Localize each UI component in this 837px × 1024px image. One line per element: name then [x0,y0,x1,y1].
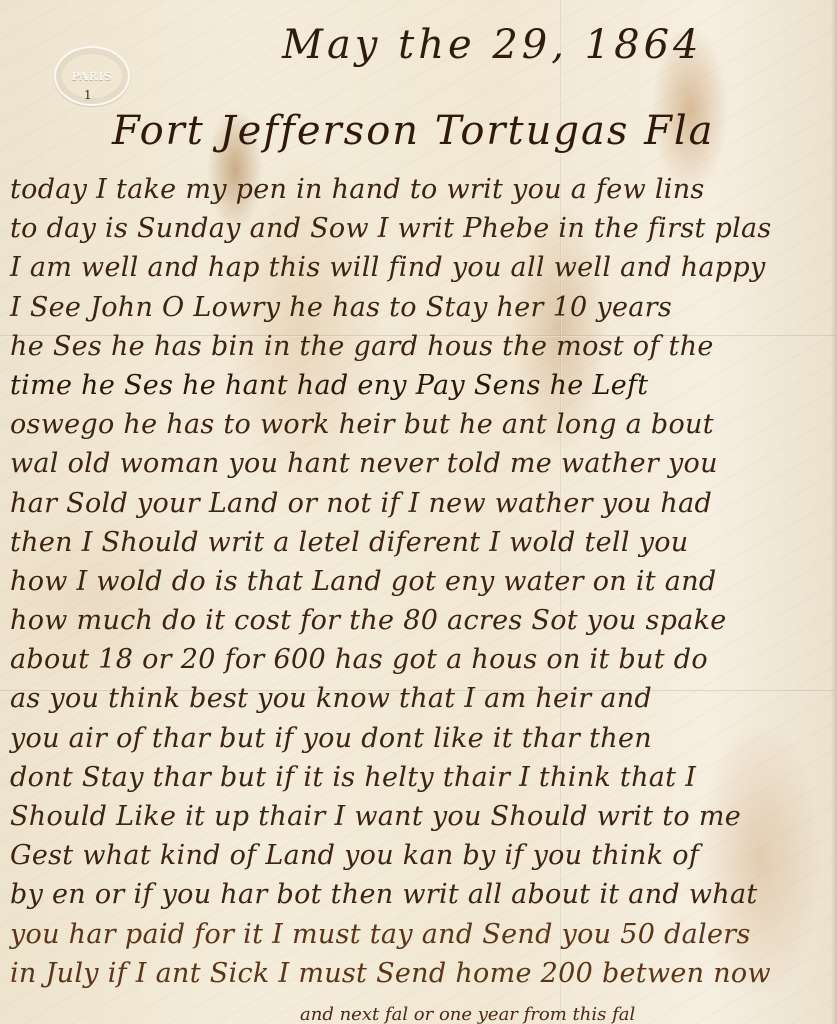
letter-line: then I Should writ a letel diferent I wo… [10,523,830,562]
letter-line: oswego he has to work heir but he ant lo… [10,405,830,444]
letter-line: in July if I ant Sick I must Send home 2… [10,954,830,993]
letter-line: you air of thar but if you dont like it … [10,719,830,758]
letter-line: today I take my pen in hand to writ you … [10,170,830,209]
letter-line: to day is Sunday and Sow I writ Phebe in… [10,209,830,248]
letter-line: dont Stay thar but if it is helty thair … [10,758,830,797]
letter-line: time he Ses he hant had eny Pay Sens he … [10,366,830,405]
letter-interlinear-note: and next fal or one year from this fal [300,1004,635,1024]
letter-line: he Ses he has bin in the gard hous the m… [10,327,830,366]
letter-body: today I take my pen in hand to writ you … [10,170,830,993]
emboss-text: PARIS [72,70,113,83]
paper-edge [831,0,837,1024]
letter-line: how I wold do is that Land got eny water… [10,562,830,601]
letter-line: you har paid for it I must tay and Send … [10,915,830,954]
letter-line: Gest what kind of Land you kan by if you… [10,836,830,875]
letter-date: May the 29, 1864 [282,22,702,68]
letter-line: as you think best you know that I am hei… [10,679,830,718]
embossed-stamp: PARIS [54,46,130,106]
emboss-mark: 1 [84,88,92,102]
letter-place: Fort Jefferson Tortugas Fla [112,108,714,154]
letter-page: PARIS 1 May the 29, 1864 Fort Jefferson … [0,0,837,1024]
letter-line: I am well and hap this will find you all… [10,248,830,287]
letter-line: har Sold your Land or not if I new wathe… [10,484,830,523]
letter-line: wal old woman you hant never told me wat… [10,444,830,483]
letter-line: Should Like it up thair I want you Shoul… [10,797,830,836]
letter-line: by en or if you har bot then writ all ab… [10,875,830,914]
letter-line: I See John O Lowry he has to Stay her 10… [10,288,830,327]
letter-line: about 18 or 20 for 600 has got a hous on… [10,640,830,679]
letter-line: how much do it cost for the 80 acres Sot… [10,601,830,640]
